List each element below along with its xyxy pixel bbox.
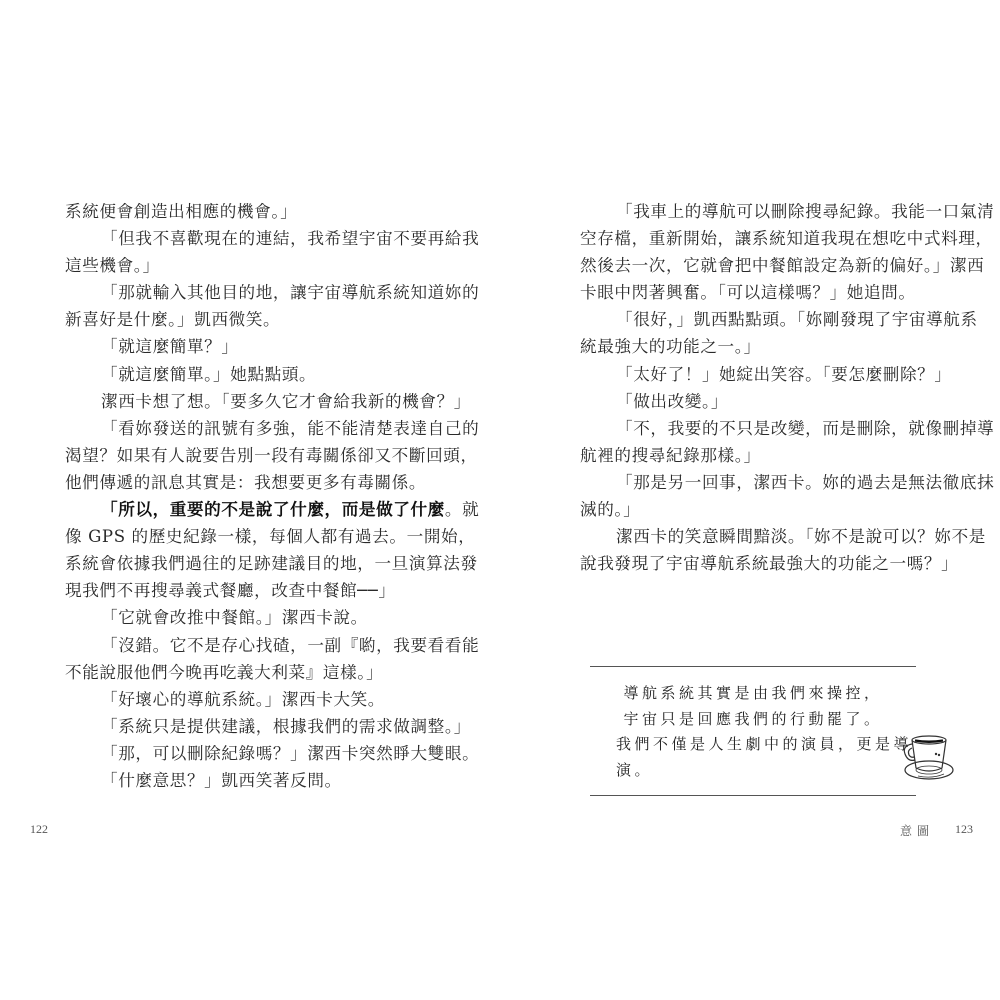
- text-line: 潔西卡想了想。「要多久它才會給我新的機會？」: [65, 388, 425, 415]
- text-line: 「好壞心的導航系統。」潔西卡大笑。: [65, 686, 425, 713]
- bold-emphasis: 「所以，重要的不是說了什麼，而是做了什麼: [101, 499, 445, 519]
- left-page-body: 系統便會創造出相應的機會。」 「但我不喜歡現在的連結，我希望宇宙不要再給我 這些…: [65, 198, 425, 794]
- text-line: 「做出改變。」: [580, 388, 942, 415]
- text-line: 系統便會創造出相應的機會。」: [65, 198, 425, 225]
- text-line: 系統會依據我們過往的足跡建議目的地，一旦演算法發: [65, 550, 425, 577]
- text-line: 「就這麼簡單。」她點點頭。: [65, 361, 425, 388]
- text-line: 統最強大的功能之一。」: [580, 333, 942, 360]
- text-line: 「那，可以刪除紀錄嗎？」潔西卡突然睜大雙眼。: [65, 740, 425, 767]
- coffee-cup-icon: [898, 724, 960, 786]
- text-line: 不能說服他們今晚再吃義大利菜』這樣。」: [65, 659, 425, 686]
- text-line: 「沒錯。它不是存心找碴，一副『喲，我要看看能: [65, 632, 425, 659]
- text-line: 卡眼中閃著興奮。「可以這樣嗎？」她追問。: [580, 279, 942, 306]
- text-line: 「系統只是提供建議，根據我們的需求做調整。」: [65, 713, 425, 740]
- right-page: 「我車上的導航可以刪除搜尋紀錄。我能一口氣清 空存檔，重新開始，讓系統知道我現在…: [500, 0, 1000, 1000]
- text-line: 「太好了！」她綻出笑容。「要怎麼刪除？」: [580, 361, 942, 388]
- callout-line: 導航系統其實是由我們來操控，: [590, 681, 916, 707]
- text-line: 說我發現了宇宙導航系統最強大的功能之一嗎？」: [580, 550, 942, 577]
- text-line: 航裡的搜尋紀錄那樣。」: [580, 442, 942, 469]
- text-line: 「什麼意思？」凱西笑著反問。: [65, 767, 425, 794]
- text-line: 「我車上的導航可以刪除搜尋紀錄。我能一口氣清: [580, 198, 942, 225]
- text-line: 潔西卡的笑意瞬間黯淡。「妳不是說可以？妳不是: [580, 523, 942, 550]
- callout-bottom-rule: [590, 795, 916, 796]
- text-line: 「很好，」凱西點點頭。「妳剛發現了宇宙導航系: [580, 306, 942, 333]
- callout-line: 我們不僅是人生劇中的演員，更是導演。: [590, 732, 916, 783]
- text-line: 「那是另一回事，潔西卡。妳的過去是無法徹底抹: [580, 469, 942, 496]
- text-line: 「不，我要的不只是改變，而是刪除，就像刪掉導: [580, 415, 942, 442]
- page-number-right: 123: [955, 822, 973, 837]
- text-line: 這些機會。」: [65, 252, 425, 279]
- pull-quote-callout: 導航系統其實是由我們來操控， 宇宙只是回應我們的行動罷了。 我們不僅是人生劇中的…: [590, 666, 916, 796]
- text-line: 新喜好是什麼。」凱西微笑。: [65, 306, 425, 333]
- page-number-left: 122: [30, 822, 48, 837]
- callout-line: 宇宙只是回應我們的行動罷了。: [590, 707, 916, 733]
- callout-text: 導航系統其實是由我們來操控， 宇宙只是回應我們的行動罷了。 我們不僅是人生劇中的…: [590, 667, 916, 795]
- text-line: 「就這麼簡單？」: [65, 333, 425, 360]
- right-page-body: 「我車上的導航可以刪除搜尋紀錄。我能一口氣清 空存檔，重新開始，讓系統知道我現在…: [580, 198, 942, 577]
- text-line: 「看妳發送的訊號有多強，能不能清楚表達自己的: [65, 415, 425, 442]
- text-line: 像 GPS 的歷史紀錄一樣，每個人都有過去。一開始，: [65, 523, 425, 550]
- text-line-emphasis: 「所以，重要的不是說了什麼，而是做了什麼。就: [65, 496, 425, 523]
- text-line: 然後去一次，它就會把中餐館設定為新的偏好。」潔西: [580, 252, 942, 279]
- text-line: 滅的。」: [580, 496, 942, 523]
- text-line: 「它就會改推中餐館。」潔西卡說。: [65, 604, 425, 631]
- text-span: 。就: [445, 500, 479, 519]
- left-page: 系統便會創造出相應的機會。」 「但我不喜歡現在的連結，我希望宇宙不要再給我 這些…: [0, 0, 500, 1000]
- text-line: 他們傳遞的訊息其實是：我想要更多有毒關係。: [65, 469, 425, 496]
- text-line: 「但我不喜歡現在的連結，我希望宇宙不要再給我: [65, 225, 425, 252]
- running-head: 意圖: [900, 822, 934, 839]
- text-line: 渴望？如果有人說要告別一段有毒關係卻又不斷回頭，: [65, 442, 425, 469]
- text-line: 空存檔，重新開始，讓系統知道我現在想吃中式料理，: [580, 225, 942, 252]
- text-line: 現我們不再搜尋義式餐廳，改查中餐館──」: [65, 577, 425, 604]
- text-line: 「那就輸入其他目的地，讓宇宙導航系統知道妳的: [65, 279, 425, 306]
